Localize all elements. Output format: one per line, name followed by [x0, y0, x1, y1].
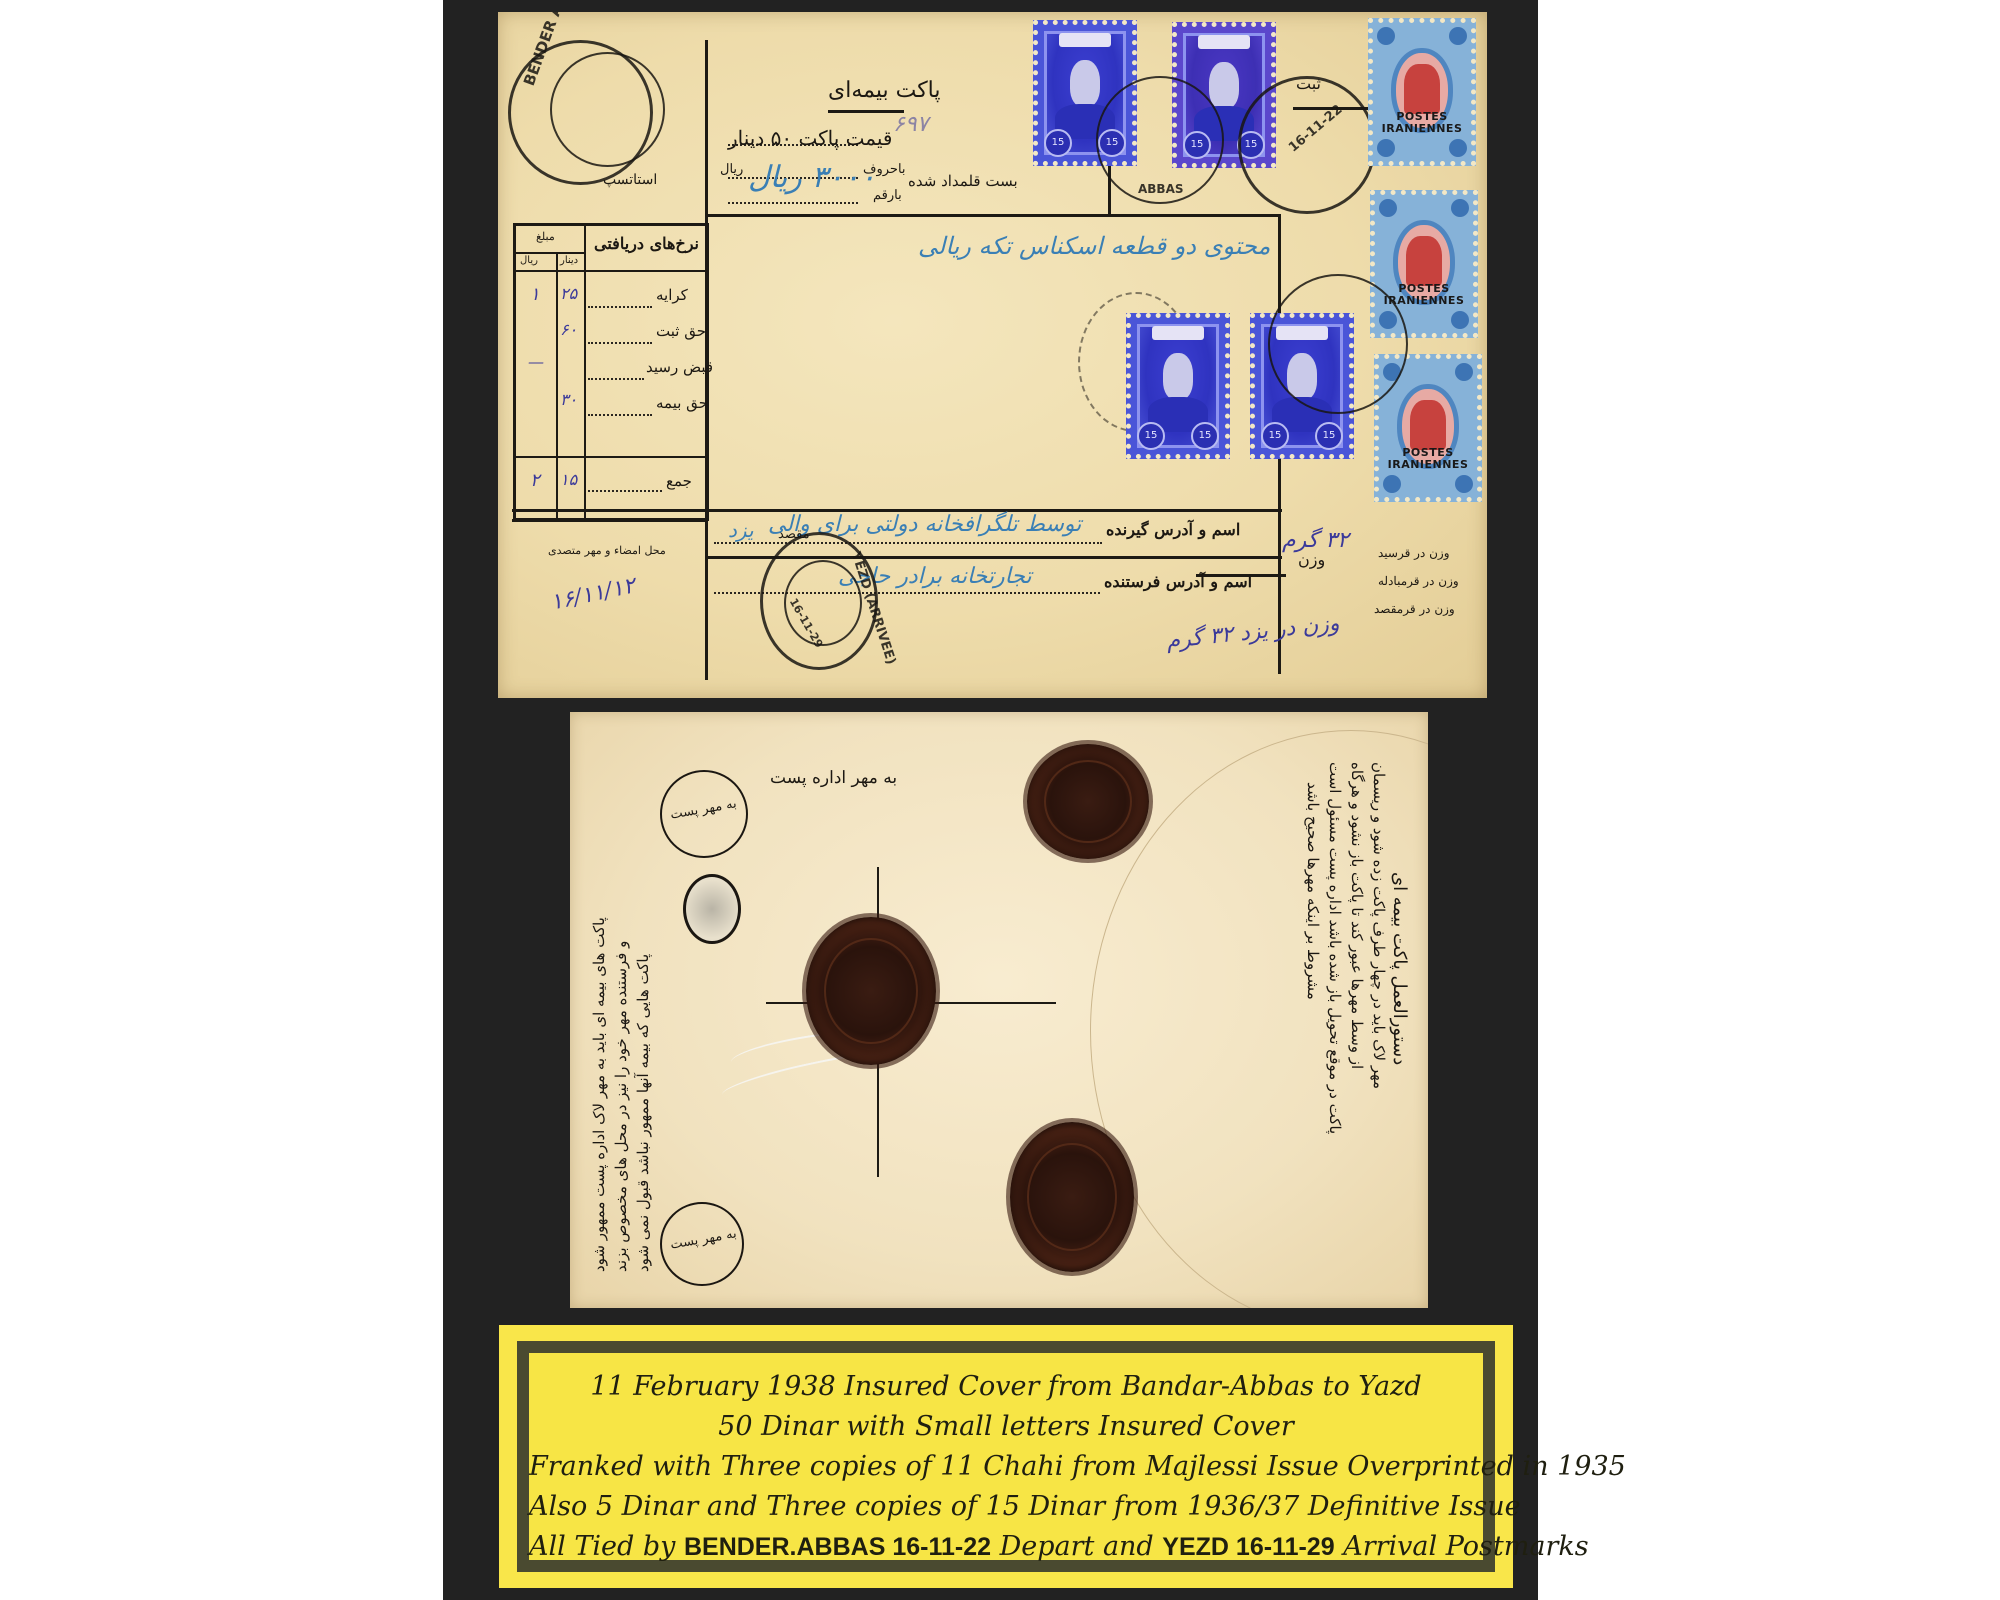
- circle-stamp-top: به مهر پست: [660, 770, 748, 858]
- declared-value-label: بست قلمداد شده: [908, 172, 1018, 190]
- form-rule: [705, 214, 1280, 217]
- total-dinar: ۱۵: [560, 470, 577, 489]
- table-divider: [516, 270, 706, 272]
- recipient-label: اسم و آدرس گیرنده: [1106, 520, 1240, 539]
- fee-dinar: ۶۰: [560, 320, 577, 339]
- table-divider: [516, 456, 706, 458]
- back-right-text-line: پاکت در موقع تحویل باز شده باشد اداره پس…: [1326, 762, 1344, 1134]
- dotted-line: [714, 542, 1102, 544]
- stamp-value: 15: [1044, 129, 1072, 157]
- total-label: جمع: [666, 472, 692, 490]
- stamp-label: استاتسپ: [603, 172, 657, 188]
- fee-label: قبض رسید: [646, 358, 713, 376]
- sender-label: اسم و آدرس فرستنده: [1104, 572, 1252, 591]
- destination-handwritten: یزد: [728, 518, 754, 542]
- declared-figures-label: بارقم: [873, 188, 902, 203]
- caption-frame: 11 February 1938 Insured Cover from Band…: [517, 1341, 1495, 1572]
- wax-seal-bottom-right: [1010, 1122, 1134, 1272]
- caption-depart-postmark: BENDER.ABBAS 16-11-22: [684, 1533, 991, 1561]
- dotted-line: [588, 378, 644, 380]
- weight-value: ۳۲ گرم: [1282, 528, 1349, 553]
- dotted-line: [728, 202, 858, 204]
- front-cover: BENDER ABBAS استاتسپ پاکت بیمه‌ای ۶۹۷ قی…: [498, 12, 1487, 698]
- stamp-value: 15: [1191, 422, 1219, 450]
- back-cover: به مهر اداره پست به مهر پست به مهر پست پ…: [570, 712, 1428, 1308]
- back-right-text-line: مشروط بر اینکه مهرها صحیح باشد: [1304, 782, 1322, 1000]
- fee-label: حق بیمه: [656, 394, 708, 412]
- stamp-11-chahi-overprint: POSTESIRANIENNES: [1368, 18, 1476, 166]
- departure-postmark-inner: [550, 52, 665, 167]
- col-dinar: دینار: [560, 255, 578, 266]
- handwritten-number: ۶۹۷: [893, 112, 928, 137]
- embossed-seal: [683, 874, 741, 944]
- fee-dinar: ۳۰: [560, 390, 577, 409]
- postmark-fragment: ABBAS: [1138, 182, 1184, 196]
- caption-text: Arrival Postmarks: [1335, 1531, 1589, 1562]
- stamp-value: 15: [1137, 422, 1165, 450]
- back-right-text-line: از وسط مهرها عبور کند تا پاکت باز نشود و…: [1348, 762, 1366, 1069]
- fee-dinar: ۲۵: [560, 284, 577, 303]
- wax-seal-top-right: [1027, 744, 1149, 859]
- caption-text: All Tied by: [529, 1531, 684, 1562]
- table-divider: [516, 252, 584, 254]
- back-right-text-line: مهر لاک باید در چهار طرف پاکت زده شود و …: [1370, 762, 1388, 1089]
- declared-value-handwritten: ۳۰۰۰ ریال: [748, 160, 876, 195]
- fee-label: کرایه: [656, 286, 688, 304]
- back-left-text-line: پاکت های بیمه ای باید به مهر لاک اداره پ…: [590, 917, 608, 1272]
- dotted-line: [588, 342, 652, 344]
- signature-date: ۱۶/۱۱/۱۲: [548, 573, 637, 615]
- overprint-text: POSTESIRANIENNES: [1379, 447, 1477, 471]
- caption-arrival-postmark: YEZD 16-11-29: [1162, 1533, 1334, 1561]
- circle-stamp-bottom: به مهر پست: [660, 1202, 744, 1286]
- exhibit-caption: 11 February 1938 Insured Cover from Band…: [499, 1325, 1513, 1588]
- stamp-15-dinar: 15 15: [1126, 313, 1230, 459]
- col-rial: ریال: [520, 255, 538, 266]
- dotted-line: [588, 306, 652, 308]
- caption-text: Depart and: [991, 1531, 1162, 1562]
- weight-line: وزن در قرمبادله: [1378, 574, 1459, 588]
- stamp-value: 15: [1261, 422, 1289, 450]
- table-col-divider: [556, 254, 558, 518]
- fee-rial: ۱: [530, 284, 540, 305]
- rial-label: ریال: [720, 162, 743, 177]
- back-left-text-line: و فرستنده مهر خود را نیز در محل های مخصو…: [612, 941, 630, 1272]
- caption-line-2: 50 Dinar with Small letters Insured Cove…: [529, 1411, 1483, 1442]
- price-line: قیمت پاکت ۵۰ دینار: [728, 126, 892, 150]
- departure-postmark-strike: [1268, 274, 1408, 414]
- back-header-handwritten: به مهر اداره پست: [770, 768, 897, 788]
- back-right-text-title: دستورالعمل پاکت بیمه ای: [1389, 872, 1410, 1065]
- fee-rial: —: [528, 352, 544, 371]
- weight-handwritten: وزن در یزد ۳۲ گرم: [1165, 611, 1340, 654]
- dotted-line: [588, 414, 652, 416]
- stamp-value: 15: [1315, 422, 1343, 450]
- fees-table-header: نرخ‌های دریافتی: [594, 234, 699, 253]
- amount-header: مبلغ: [536, 230, 555, 243]
- caption-line-5: All Tied by BENDER.ABBAS 16-11-22 Depart…: [529, 1531, 1483, 1562]
- total-rial: ۲: [530, 470, 540, 491]
- weight-line: وزن در قرمقصد: [1374, 602, 1455, 616]
- form-title: پاکت بیمه‌ای: [828, 78, 941, 103]
- fees-table: نرخ‌های دریافتی مبلغ ریال دینار کرایه ۱ …: [513, 223, 709, 521]
- caption-line-1: 11 February 1938 Insured Cover from Band…: [529, 1371, 1483, 1402]
- dotted-line: [588, 490, 662, 492]
- contents-handwritten: محتوی دو قطعه اسکناس تکه ریالی: [918, 232, 1270, 260]
- weight-line: وزن در قرسید: [1378, 546, 1450, 560]
- back-left-text-line: پاکت هایی که بیمه آنها ممهور نباشد قبول …: [634, 954, 652, 1272]
- wax-seal-center: [806, 917, 936, 1065]
- fee-label: حق ثبت: [656, 322, 706, 340]
- caption-line-4: Also 5 Dinar and Three copies of 15 Dina…: [529, 1491, 1483, 1522]
- signature-note: محل امضاء و مهر متصدی: [548, 544, 666, 557]
- overprint-text: POSTESIRANIENNES: [1373, 111, 1471, 135]
- caption-line-3: Franked with Three copies of 11 Chahi fr…: [529, 1451, 1483, 1482]
